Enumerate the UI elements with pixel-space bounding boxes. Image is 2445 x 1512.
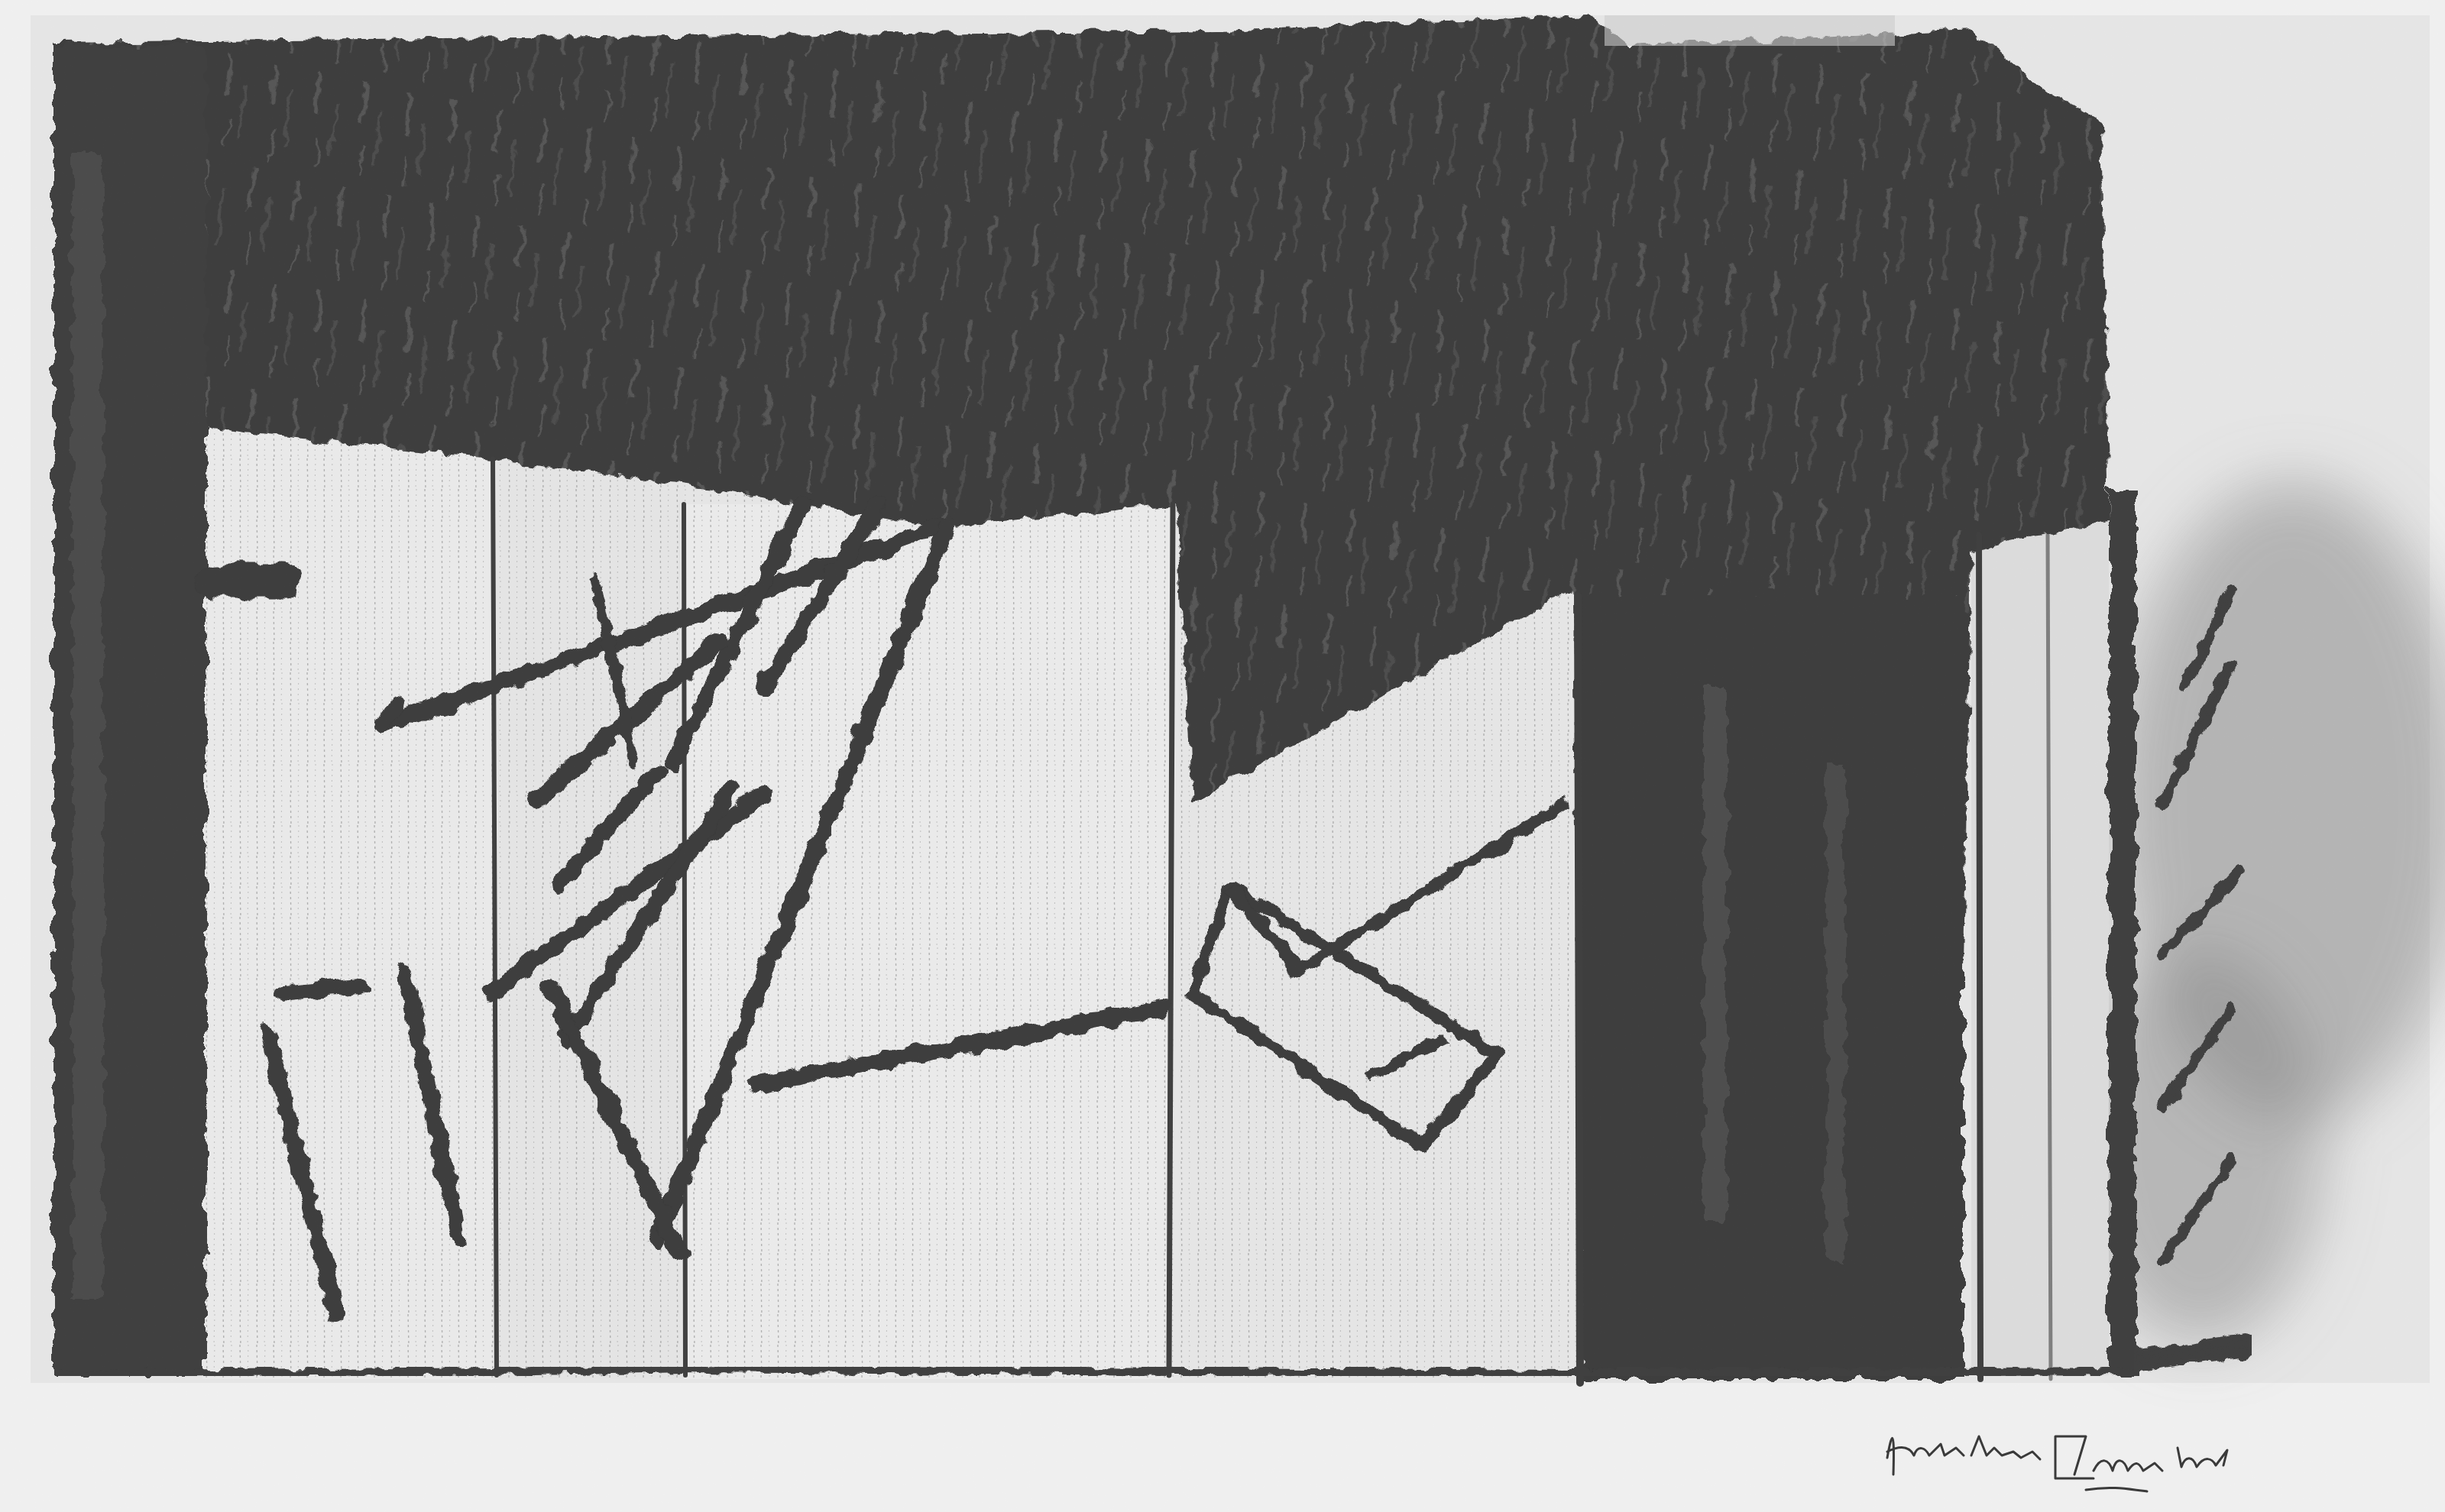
charcoal-drawing bbox=[0, 0, 2445, 1512]
